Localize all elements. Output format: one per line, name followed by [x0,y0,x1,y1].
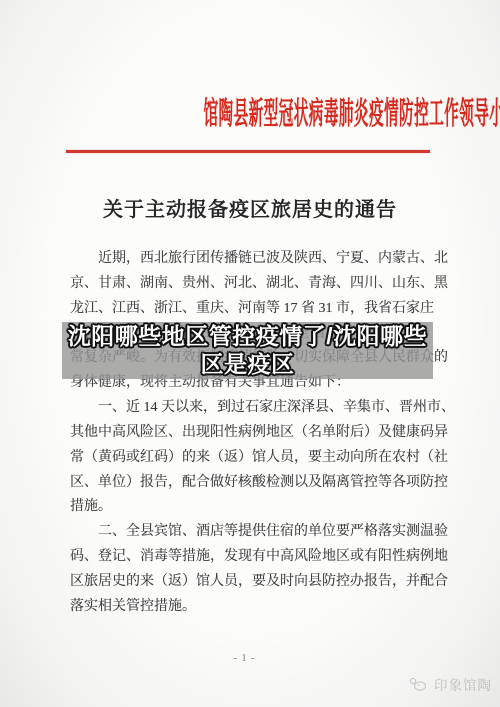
document-photo: 馆陶县新型冠状病毒肺炎疫情防控工作领导小组办公室 关于主动报备疫区旅居史的通告 … [0,0,500,707]
body-line: 区旅居史的来（返）馆人员，要及时向县防控办报告，并配合 [70,570,430,595]
red-divider-line [66,150,430,153]
body-line: 落实相关管控措施。 [70,595,430,620]
watermark: 印象馆陶 [407,674,492,694]
body-line: 京、甘肃、湖南、贵州、河北、湖北、青海、四川、山东、黑 [70,272,430,297]
body-line: 码、登记、消毒等措施，发现有中高风险地区或有阳性病例地 [70,545,430,570]
watermark-text: 印象馆陶 [434,674,492,694]
caption-line-1: 沈阳哪些地区管控疫情了/沈阳哪些 [68,323,427,351]
body-line: 措施。 [70,495,430,520]
body-line: 区、单位）报告，配合做好核酸检测以及隔离管控等各项防控 [70,471,430,496]
body-line: 一、近 14 天以来，到过石家庄深泽县、辛集市、晋州市、 [70,396,430,421]
body-line: 近期，西北旅行团传播链已波及陕西、宁夏、内蒙古、北 [70,247,430,272]
document-header: 馆陶县新型冠状病毒肺炎疫情防控工作领导小组办公室 [0,88,500,133]
notice-title: 关于主动报备疫区旅居史的通告 [0,193,500,222]
caption-line-2: 区是疫区 [201,351,295,379]
notice-body: 近期，西北旅行团传播链已波及陕西、宁夏、内蒙古、北 京、甘肃、湖南、贵州、河北、… [70,247,430,620]
page-number: - 1 - [0,653,489,664]
watermark-logo-icon [407,676,429,692]
body-line: 二、全县宾馆、酒店等提供住宿的单位要严格落实测温验 [70,520,430,545]
body-line: 常（黄码或红码）的来（返）馆人员，要主动向所在农村（社 [70,446,430,471]
body-line: 其他中高风险区、出现阳性病例地区（名单附后）及健康码异 [70,421,430,446]
office-name-header: 馆陶县新型冠状病毒肺炎疫情防控工作领导小组办公室 [204,88,500,133]
body-line: 龙江、江西、浙江、重庆、河南等 17 省 31 市，我省石家庄 [70,297,430,322]
caption-overlay-band: 沈阳哪些地区管控疫情了/沈阳哪些 区是疫区 [62,322,433,379]
